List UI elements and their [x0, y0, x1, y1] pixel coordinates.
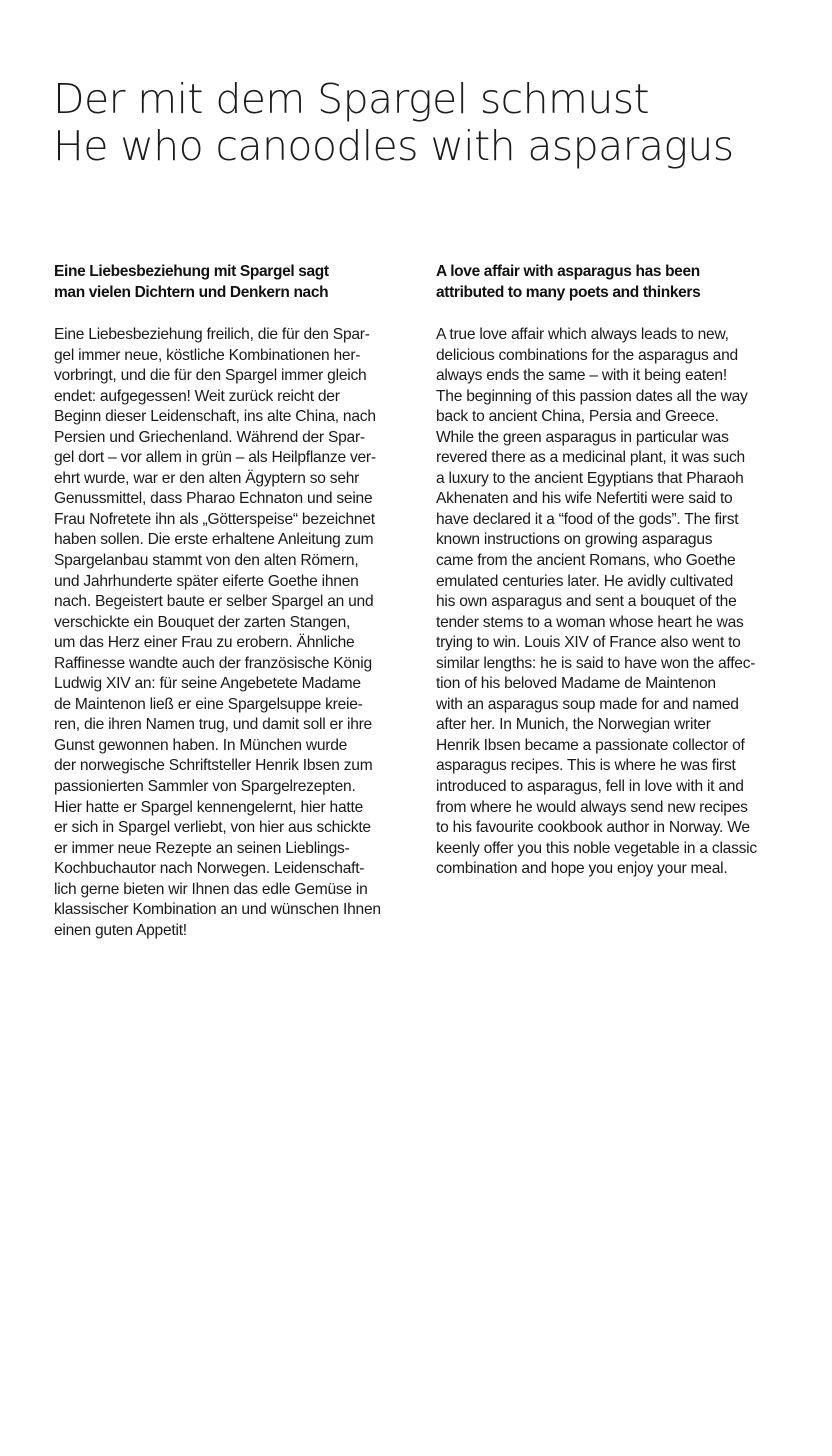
body-line: Ludwig XIV an: für seine Angebetete Mada…	[54, 674, 404, 695]
body-line: delicious combinations for the asparagus…	[436, 346, 786, 367]
body-line: Genussmittel, dass Pharao Echnaton und s…	[54, 489, 404, 510]
body-line: und Jahrhunderte später eiferte Goethe i…	[54, 572, 404, 593]
body-line: a luxury to the ancient Egyptians that P…	[436, 469, 786, 490]
body-line: verschickte ein Bouquet der zarten Stang…	[54, 613, 404, 634]
german-heading: Eine Liebesbeziehung mit Spargel sagt ma…	[54, 262, 404, 303]
body-line: tender stems to a woman whose heart he w…	[436, 613, 786, 634]
body-line: Eine Liebesbeziehung freilich, die für d…	[54, 325, 404, 346]
body-line: A true love affair which always leads to…	[436, 325, 786, 346]
body-line: keenly offer you this noble vegetable in…	[436, 839, 786, 860]
body-line: Frau Nofretete ihn als „Götterspeise“ be…	[54, 510, 404, 531]
body-line: asparagus recipes. This is where he was …	[436, 756, 786, 777]
body-line: Hier hatte er Spargel kennengelernt, hie…	[54, 798, 404, 819]
body-line: Raffinesse wandte auch der französische …	[54, 654, 404, 675]
body-line: de Maintenon ließ er eine Spargelsuppe k…	[54, 695, 404, 716]
body-line: to his favourite cookbook author in Norw…	[436, 818, 786, 839]
body-line: Kochbuchautor nach Norwegen. Leidenschaf…	[54, 859, 404, 880]
page-title: Der mit dem Spargel schmust He who canoo…	[53, 76, 734, 170]
body-line: known instructions on growing asparagus	[436, 530, 786, 551]
german-body-text: Eine Liebesbeziehung freilich, die für d…	[54, 325, 404, 941]
body-line: Henrik Ibsen became a passionate collect…	[436, 736, 786, 757]
body-line: einen guten Appetit!	[54, 921, 404, 942]
body-line: combination and hope you enjoy your meal…	[436, 859, 786, 880]
body-line: ehrt wurde, war er den alten Ägyptern so…	[54, 469, 404, 490]
body-line: The beginning of this passion dates all …	[436, 387, 786, 408]
body-line: trying to win. Louis XIV of France also …	[436, 633, 786, 654]
german-heading-line: man vielen Dichtern und Denkern nach	[54, 284, 328, 301]
english-heading-line: A love affair with asparagus has been	[436, 263, 700, 280]
body-line: Spargelanbau stammt von den alten Römern…	[54, 551, 404, 572]
english-column: A love affair with asparagus has been at…	[436, 262, 786, 880]
body-line: similar lengths: he is said to have won …	[436, 654, 786, 675]
body-line: endet: aufgegessen! Weit zurück reicht d…	[54, 387, 404, 408]
body-line: haben sollen. Die erste erhaltene Anleit…	[54, 530, 404, 551]
body-line: came from the ancient Romans, who Goethe	[436, 551, 786, 572]
body-line: back to ancient China, Persia and Greece…	[436, 407, 786, 428]
body-line: Beginn dieser Leidenschaft, ins alte Chi…	[54, 407, 404, 428]
body-line: lich gerne bieten wir Ihnen das edle Gem…	[54, 880, 404, 901]
body-line: passionierten Sammler von Spargelrezepte…	[54, 777, 404, 798]
german-column: Eine Liebesbeziehung mit Spargel sagt ma…	[54, 262, 404, 941]
body-line: his own asparagus and sent a bouquet of …	[436, 592, 786, 613]
body-line: always ends the same – with it being eat…	[436, 366, 786, 387]
body-line: nach. Begeistert baute er selber Spargel…	[54, 592, 404, 613]
title-german: Der mit dem Spargel schmust	[53, 76, 734, 123]
body-line: Gunst gewonnen haben. In München wurde	[54, 736, 404, 757]
body-line: ren, die ihren Namen trug, und damit sol…	[54, 715, 404, 736]
body-line: emulated centuries later. He avidly cult…	[436, 572, 786, 593]
english-heading-line: attributed to many poets and thinkers	[436, 284, 700, 301]
body-line: While the green asparagus in particular …	[436, 428, 786, 449]
body-line: klassischer Kombination an und wünschen …	[54, 900, 404, 921]
body-line: er sich in Spargel verliebt, von hier au…	[54, 818, 404, 839]
english-heading: A love affair with asparagus has been at…	[436, 262, 786, 303]
body-line: tion of his beloved Madame de Maintenon	[436, 674, 786, 695]
english-body-text: A true love affair which always leads to…	[436, 325, 786, 880]
body-line: Persien und Griechenland. Während der Sp…	[54, 428, 404, 449]
body-line: after her. In Munich, the Norwegian writ…	[436, 715, 786, 736]
body-line: with an asparagus soup made for and name…	[436, 695, 786, 716]
body-line: er immer neue Rezepte an seinen Liebling…	[54, 839, 404, 860]
body-line: from where he would always send new reci…	[436, 798, 786, 819]
title-english: He who canoodles with asparagus	[53, 123, 734, 170]
body-line: gel immer neue, köstliche Kombinationen …	[54, 346, 404, 367]
body-line: gel dort – vor allem in grün – als Heilp…	[54, 448, 404, 469]
body-line: revered there as a medicinal plant, it w…	[436, 448, 786, 469]
body-line: introduced to asparagus, fell in love wi…	[436, 777, 786, 798]
body-line: um das Herz einer Frau zu erobern. Ähnli…	[54, 633, 404, 654]
body-line: have declared it a “food of the gods”. T…	[436, 510, 786, 531]
body-line: der norwegische Schriftsteller Henrik Ib…	[54, 756, 404, 777]
german-heading-line: Eine Liebesbeziehung mit Spargel sagt	[54, 263, 329, 280]
body-line: Akhenaten and his wife Nefertiti were sa…	[436, 489, 786, 510]
body-line: vorbringt, und die für den Spargel immer…	[54, 366, 404, 387]
